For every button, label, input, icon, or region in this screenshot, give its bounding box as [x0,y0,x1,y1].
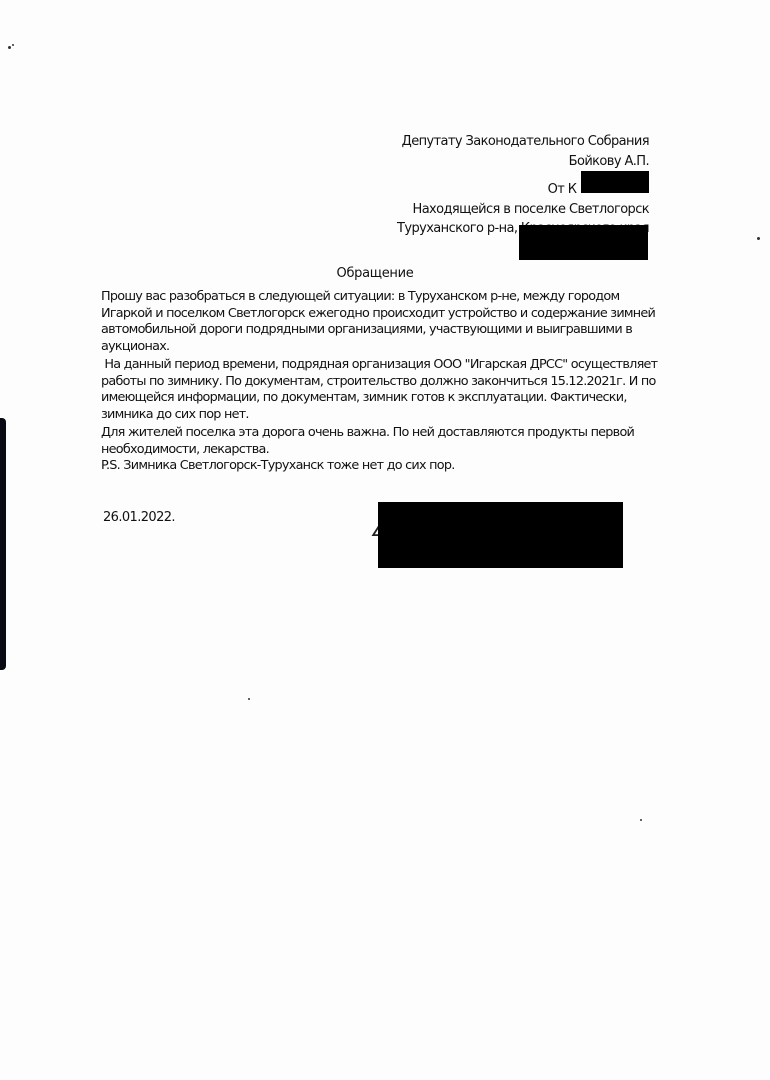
scan-edge-shadow [0,418,6,670]
document-page: Депутату Законодательного Собрания Бойко… [0,0,770,1080]
document-date: 26.01.2022. [103,510,175,525]
addressee-position: Депутату Законодательного Собрания [397,132,649,152]
document-title: Обращение [0,266,750,281]
scan-speck [12,44,14,46]
postscript: P.S. Зимника Светлогорск-Туруханск тоже … [101,458,661,475]
sender-prefix: От К [548,182,577,197]
body-paragraph: Для жителей поселка эта дорога очень важ… [101,425,661,458]
addressee-block: Депутату Законодательного Собрания Бойко… [397,132,649,239]
body-paragraph: Прошу вас разобраться в следующей ситуац… [101,289,661,355]
redacted-signature [378,502,623,568]
scan-speck [248,698,250,700]
scan-speck [757,237,760,240]
sender-line: От К [397,171,649,200]
redacted-sender-name [581,171,649,193]
scan-speck [8,46,11,49]
redacted-sender-contact [519,225,648,260]
addressee-name: Бойкову А.П. [397,152,649,172]
sender-location: Находящейся в поселке Светлогорск [397,200,649,220]
body-paragraph: На данный период времени, подрядная орга… [101,357,661,423]
scan-speck [640,819,642,821]
